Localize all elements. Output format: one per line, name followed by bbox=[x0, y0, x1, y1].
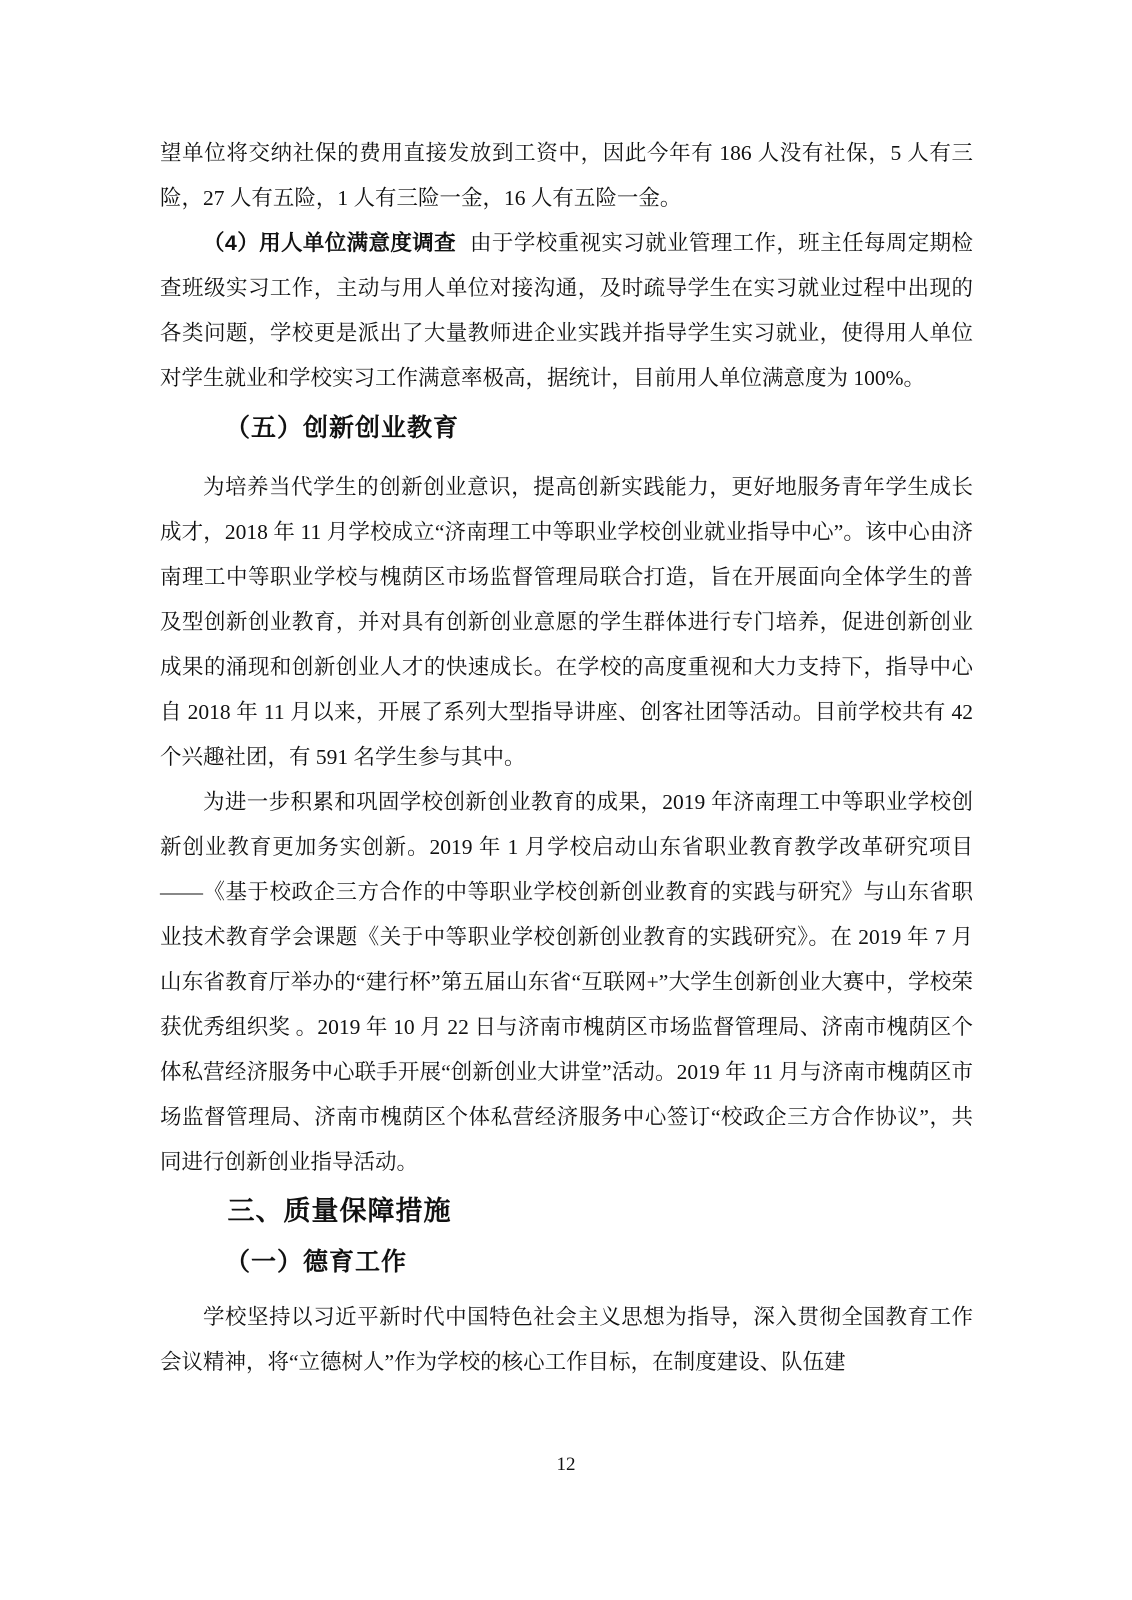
heading-moral-education: （一）德育工作 bbox=[160, 1241, 973, 1283]
paragraph-moral-education: 学校坚持以习近平新时代中国特色社会主义思想为指导，深入贯彻全国教育工作会议精神，… bbox=[160, 1295, 973, 1385]
paragraph-social-security: 望单位将交纳社保的费用直接发放到工资中，因此今年有 186 人没有社保，5 人有… bbox=[160, 131, 973, 221]
heading-innovation-education: （五）创新创业教育 bbox=[160, 407, 973, 449]
paragraph-innovation-1: 为培养当代学生的创新创业意识，提高创新实践能力，更好地服务青年学生成长成才，20… bbox=[160, 465, 973, 780]
employer-satisfaction-bold-lead: （4）用人单位满意度调查 bbox=[203, 231, 456, 255]
paragraph-employer-satisfaction: （4）用人单位满意度调查由于学校重视实习就业管理工作，班主任每周定期检查班级实习… bbox=[160, 221, 973, 401]
heading-quality-assurance: 三、质量保障措施 bbox=[160, 1189, 973, 1233]
document-page: 望单位将交纳社保的费用直接发放到工资中，因此今年有 186 人没有社保，5 人有… bbox=[0, 0, 1132, 1600]
page-number: 12 bbox=[0, 1452, 1132, 1478]
paragraph-innovation-2: 为进一步积累和巩固学校创新创业教育的成果，2019 年济南理工中等职业学校创新创… bbox=[160, 780, 973, 1185]
